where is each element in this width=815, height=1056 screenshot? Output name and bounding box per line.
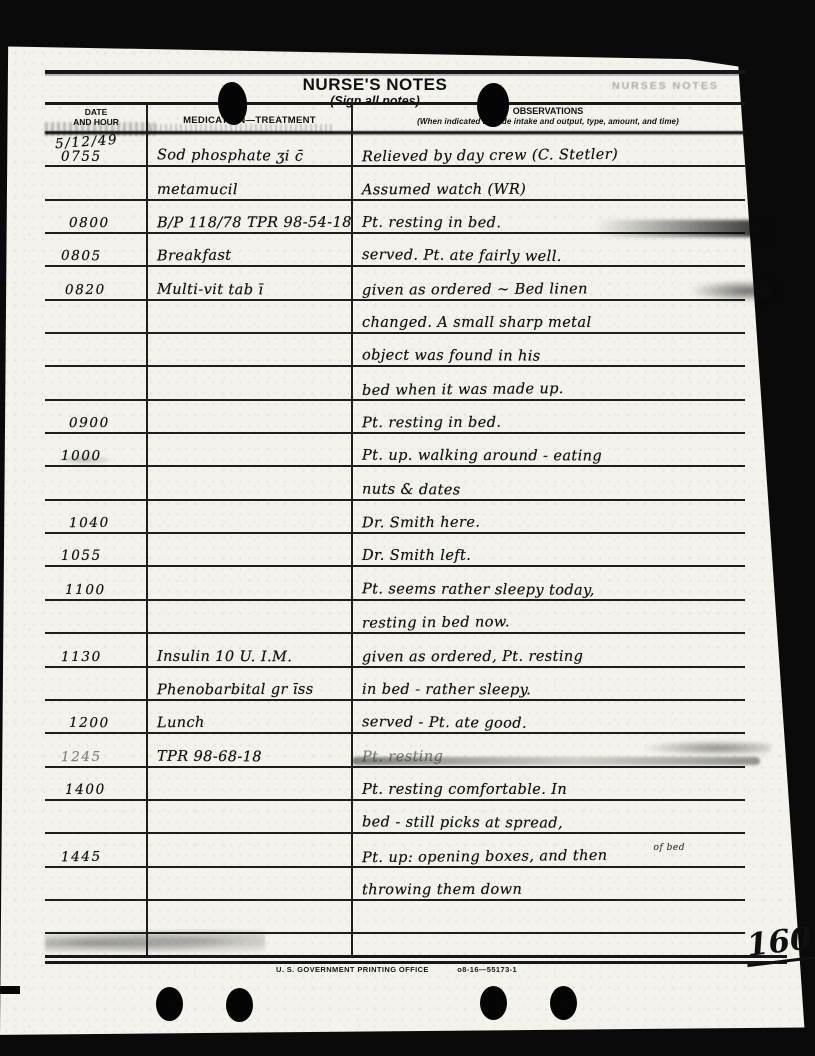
medication-cell (147, 398, 352, 399)
medication-value: metamucil (157, 183, 238, 198)
medication-cell (147, 431, 352, 432)
hour-cell: 1200 (45, 716, 147, 732)
interline-note: of bed (654, 841, 685, 856)
observation-cell: served - Pt. ate good. (352, 716, 745, 732)
column-header-medication: MEDICATION—TREATMENT (147, 115, 352, 126)
medication-value: Breakfast (157, 249, 232, 265)
observations-subheader: (When indicated include intake and outpu… (352, 117, 744, 126)
medication-cell (147, 498, 352, 499)
hour-cell: 0805 (45, 249, 147, 265)
scanned-document: NURSE'S NOTES (Sign all notes) NURSES NO… (0, 0, 815, 1056)
observation-value: served - Pt. ate good. (362, 715, 527, 732)
observation-cell: Assumed watch (WR) (352, 183, 745, 199)
observation-cell: Pt. up: opening boxes, and thenof bed (352, 850, 745, 866)
punch-hole-bottom-2 (226, 988, 253, 1022)
medication-cell (147, 364, 352, 365)
hour-cell (45, 331, 147, 332)
medication-cell (147, 931, 352, 932)
medication-cell: Phenobarbital gr īss (147, 683, 352, 699)
observation-cell: Pt. resting in bed. (352, 216, 745, 232)
observation-value: nuts & dates (362, 482, 461, 498)
medication-value: Insulin 10 U. I.M. (157, 649, 292, 664)
table-row: 1200Lunchserved - Pt. ate good. (45, 701, 745, 734)
medication-value: B/P 118/78 TPR 98-54-18 (157, 216, 352, 232)
hour-cell (45, 898, 147, 899)
hour-cell (45, 631, 147, 632)
observations-header: OBSERVATIONS (513, 106, 584, 116)
observation-value: served. Pt. ate fairly well. (362, 248, 562, 265)
table-row: bed - still picks at spread, (45, 801, 745, 834)
medication-value: Multi-vit tab ī (157, 282, 264, 298)
medication-cell (147, 331, 352, 332)
notes-grid: 5/12/490755Sod phosphate ʒi c̄Relieved b… (45, 134, 745, 954)
observation-value: given as ordered, Pt. resting (362, 649, 583, 665)
medication-cell (147, 464, 352, 465)
hour-cell: 1245 (45, 750, 147, 766)
hour-cell: 1130 (45, 650, 147, 666)
observation-value: Pt. resting (362, 749, 443, 765)
medication-cell (147, 564, 352, 565)
hour-cell: 1000 (45, 449, 147, 465)
hour-value: 0805 (61, 249, 102, 264)
medication-value: TPR 98-68-18 (157, 749, 262, 765)
observation-cell: Pt. resting (352, 750, 745, 766)
hour-value: 1200 (69, 716, 110, 731)
table-row: object was found in his (45, 334, 745, 367)
observation-cell: Pt. resting in bed. (352, 416, 745, 432)
hour-cell: 1100 (45, 583, 147, 599)
punch-hole-bottom-3 (480, 986, 507, 1020)
medication-value: Lunch (157, 716, 205, 731)
table-row: metamucilAssumed watch (WR) (45, 167, 745, 200)
hour-value: 1100 (65, 583, 106, 598)
bottom-rule-2 (45, 961, 787, 964)
table-row (45, 934, 745, 954)
scan-edge-mark (0, 986, 20, 994)
hour-cell: 0820 (45, 283, 147, 299)
observation-cell: Pt. resting comfortable. In (352, 783, 745, 799)
observation-value: Pt. seems rather sleepy today, (362, 582, 595, 598)
table-row: 0805Breakfastserved. Pt. ate fairly well… (45, 234, 745, 267)
table-row: changed. A small sharp metal (45, 301, 745, 334)
medication-cell: TPR 98-68-18 (147, 750, 352, 766)
table-row: 1445Pt. up: opening boxes, and thenof be… (45, 834, 745, 867)
page-number: 160 (743, 920, 815, 967)
hour-value: 1130 (61, 649, 102, 664)
observation-cell: Pt. seems rather sleepy today, (352, 583, 745, 599)
form-title: NURSE'S NOTES (45, 75, 705, 95)
observation-value: bed - still picks at spread, (362, 816, 563, 832)
observation-cell (352, 931, 745, 932)
hour-value: 1040 (69, 516, 110, 531)
hour-value: 1055 (61, 549, 102, 564)
observation-cell: bed when it was made up. (352, 383, 745, 399)
medication-cell: Sod phosphate ʒi c̄ (147, 149, 352, 165)
table-row: 0900Pt. resting in bed. (45, 401, 745, 434)
table-row: resting in bed now. (45, 601, 745, 634)
column-header-observations: OBSERVATIONS (When indicated include int… (352, 106, 744, 126)
observation-value: changed. A small sharp metal (362, 316, 592, 331)
bottom-rule-1 (45, 955, 787, 958)
hour-value: 0755 (61, 150, 118, 165)
hour-cell (45, 398, 147, 399)
observation-cell: in bed - rather sleepy. (352, 683, 745, 699)
medication-cell (147, 898, 352, 899)
observation-value: Pt. up. walking around - eating (362, 449, 602, 465)
hour-cell: 5/12/490755 (45, 135, 147, 165)
medication-cell: B/P 118/78 TPR 98-54-18 (147, 216, 352, 232)
header-rule (45, 102, 745, 105)
observation-cell: given as ordered, Pt. resting (352, 650, 745, 666)
table-row: 0820Multi-vit tab īgiven as ordered ~ Be… (45, 267, 745, 300)
medication-value: Sod phosphate ʒi c̄ (157, 149, 304, 165)
observation-cell: bed - still picks at spread, (352, 816, 745, 832)
hour-cell: 1400 (45, 783, 147, 799)
table-row (45, 901, 745, 934)
observation-value: given as ordered ~ Bed linen (362, 282, 588, 298)
hour-cell (45, 698, 147, 699)
form-code: o8-16—55173-1 (457, 965, 517, 974)
table-row: Phenobarbital gr īssin bed - rather slee… (45, 668, 745, 701)
punch-hole-bottom-4 (550, 986, 577, 1020)
hour-cell: 0900 (45, 416, 147, 432)
observation-value: in bed - rather sleepy. (362, 683, 531, 699)
footer-imprint: U. S. GOVERNMENT PRINTING OFFICE o8-16—5… (276, 965, 517, 974)
table-row: nuts & dates (45, 467, 745, 500)
table-row: throwing them down (45, 868, 745, 901)
table-row: 1130Insulin 10 U. I.M.given as ordered, … (45, 634, 745, 667)
table-row: bed when it was made up. (45, 367, 745, 400)
hour-cell: 1040 (45, 516, 147, 532)
hour-value: 1245 (61, 749, 102, 764)
gpo-text: U. S. GOVERNMENT PRINTING OFFICE (276, 965, 429, 974)
table-row: 5/12/490755Sod phosphate ʒi c̄Relieved b… (45, 134, 745, 167)
table-row: 1400Pt. resting comfortable. In (45, 768, 745, 801)
observation-value: Pt. up: opening boxes, and then (362, 848, 608, 865)
observation-value: Dr. Smith here. (362, 516, 480, 532)
observation-cell: given as ordered ~ Bed linen (352, 283, 745, 299)
table-row: 1055Dr. Smith left. (45, 534, 745, 567)
observation-cell: nuts & dates (352, 483, 745, 499)
observation-value: Assumed watch (WR) (362, 182, 526, 198)
observation-value: Dr. Smith left. (362, 549, 471, 564)
hour-cell (45, 198, 147, 199)
medication-cell: metamucil (147, 183, 352, 199)
hour-value: 0820 (65, 283, 106, 298)
observation-cell: Relieved by day crew (C. Stetler) (352, 149, 745, 165)
observation-cell: throwing them down (352, 883, 745, 899)
observation-value: Pt. resting in bed. (362, 416, 501, 431)
date-header-line2: AND HOUR (73, 117, 119, 127)
medication-cell (147, 831, 352, 832)
observation-cell: Pt. up. walking around - eating (352, 449, 745, 465)
observation-value: bed when it was made up. (362, 382, 564, 399)
observation-value: Relieved by day crew (C. Stetler) (362, 148, 618, 165)
hour-value: 1000 (61, 449, 102, 464)
medication-cell: Breakfast (147, 249, 352, 265)
observation-cell: Dr. Smith left. (352, 549, 745, 565)
bleedthrough-stamp: NURSES NOTES (612, 80, 719, 92)
column-header-date: DATE AND HOUR (45, 108, 147, 127)
medication-cell (147, 631, 352, 632)
table-row: 1000Pt. up. walking around - eating (45, 434, 745, 467)
observation-cell: changed. A small sharp metal (352, 316, 745, 332)
medication-cell (147, 531, 352, 532)
table-row: 1100Pt. seems rather sleepy today, (45, 567, 745, 600)
observation-cell: Dr. Smith here. (352, 516, 745, 532)
observation-cell: object was found in his (352, 349, 745, 365)
observation-value: Pt. resting comfortable. In (362, 783, 567, 798)
table-row: 1245TPR 98-68-18Pt. resting (45, 734, 745, 767)
punch-hole-bottom-1 (156, 987, 183, 1021)
hour-value: 1400 (65, 783, 106, 798)
hour-value: 1445 (61, 849, 102, 864)
medication-cell: Multi-vit tab ī (147, 283, 352, 299)
hour-value: 0900 (69, 416, 110, 431)
hour-value: 0800 (69, 216, 110, 231)
medication-cell: Insulin 10 U. I.M. (147, 650, 352, 666)
hour-cell (45, 931, 147, 932)
observation-cell: resting in bed now. (352, 616, 745, 632)
medication-cell: Lunch (147, 716, 352, 732)
observation-value: throwing them down (362, 883, 522, 899)
medication-cell (147, 598, 352, 599)
hour-cell (45, 498, 147, 499)
medication-cell (147, 798, 352, 799)
hour-cell: 0800 (45, 216, 147, 232)
hour-cell: 1445 (45, 850, 147, 866)
table-row: 0800B/P 118/78 TPR 98-54-18Pt. resting i… (45, 201, 745, 234)
medication-cell (147, 865, 352, 866)
hour-cell (45, 364, 147, 365)
observation-value: object was found in his (362, 349, 541, 365)
hour-cell (45, 831, 147, 832)
observation-cell: served. Pt. ate fairly well. (352, 249, 745, 265)
observation-value: Pt. resting in bed. (362, 216, 501, 231)
table-row: 1040Dr. Smith here. (45, 501, 745, 534)
medication-value: Phenobarbital gr īss (157, 683, 314, 698)
top-rule (45, 70, 745, 74)
observation-value: resting in bed now. (362, 615, 510, 631)
date-header-line1: DATE (85, 107, 108, 117)
hour-cell: 1055 (45, 549, 147, 565)
